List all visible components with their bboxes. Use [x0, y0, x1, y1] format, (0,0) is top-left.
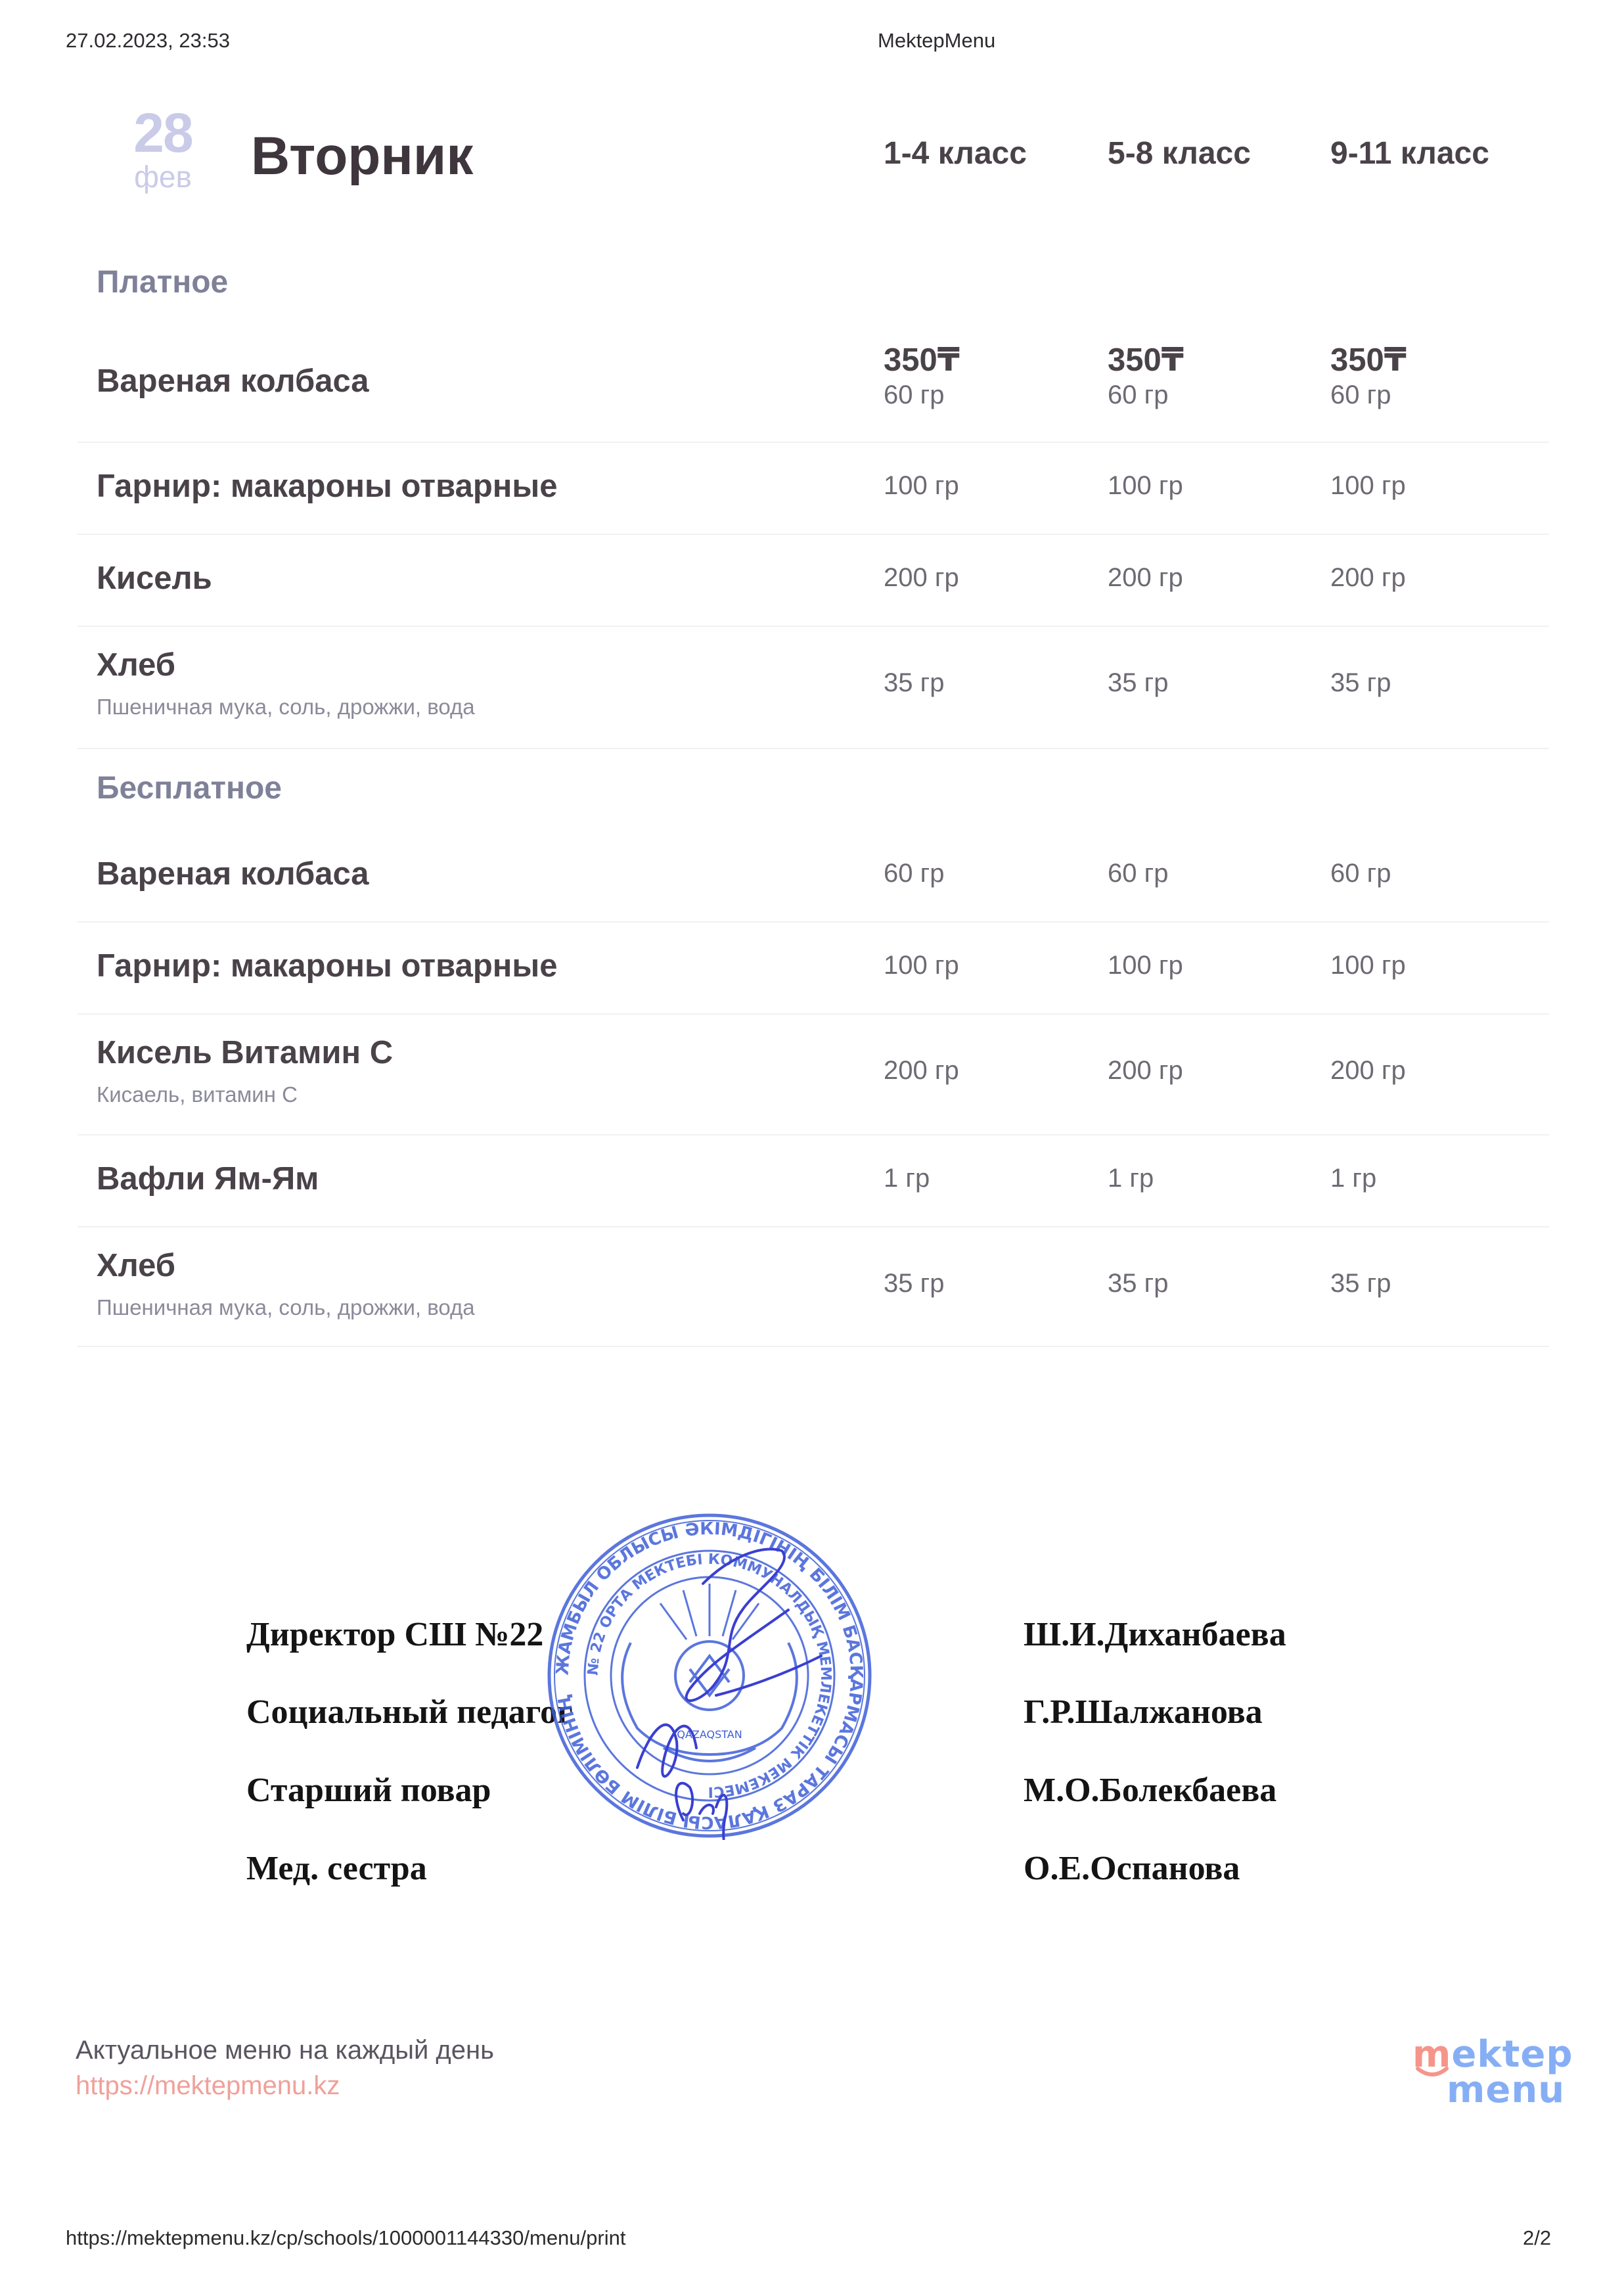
portion-weight: 200 гр — [884, 1054, 959, 1087]
dish-name: Хлеб — [97, 1246, 475, 1285]
portion-weight: 200 гр — [1330, 1054, 1406, 1087]
portion-weight: 1 гр — [1108, 1162, 1154, 1195]
portion-cell: 35 гр — [884, 1267, 944, 1300]
date-month: фев — [124, 162, 202, 192]
portion-weight: 60 гр — [1330, 378, 1407, 411]
official-stamp-icon: ЖАМБЫЛ ОБЛЫСЫ ӘКІМДІГІНІҢ БІЛІМ БАСҚАРМА… — [545, 1511, 874, 1840]
portion-cell: 200 гр — [1330, 1054, 1406, 1087]
price: 350₸ — [1108, 342, 1184, 378]
portion-weight: 35 гр — [1330, 1267, 1391, 1300]
signature-role: Старший повар — [246, 1771, 491, 1810]
menu-row: ХлебПшеничная мука, соль, дрожжи, вода35… — [78, 626, 1549, 749]
signature-name: Ш.И.Диханбаева — [1024, 1615, 1286, 1654]
portion-weight: 1 гр — [1330, 1162, 1376, 1195]
print-url: https://mektepmenu.kz/cp/schools/1000001… — [66, 2226, 625, 2250]
portion-weight: 35 гр — [1108, 666, 1168, 699]
portion-weight: 200 гр — [1330, 561, 1406, 594]
column-header-grades-9-11: 9-11 класс — [1330, 135, 1489, 172]
dish-name: Хлеб — [97, 645, 475, 685]
portion-weight: 60 гр — [1108, 857, 1168, 890]
portion-cell: 200 гр — [1108, 1054, 1183, 1087]
portion-cell: 100 гр — [884, 949, 959, 982]
portion-weight: 60 гр — [1330, 857, 1391, 890]
portion-cell: 100 гр — [884, 469, 959, 502]
dish-name: Вареная колбаса — [97, 361, 369, 401]
dish-name: Вареная колбаса — [97, 854, 369, 894]
print-datetime: 27.02.2023, 23:53 — [66, 29, 230, 53]
menu-row: Вареная колбаса60 гр60 гр60 гр — [78, 829, 1549, 923]
dish: Гарнир: макароны отварные — [97, 467, 558, 506]
portion-cell: 35 гр — [1330, 1267, 1391, 1300]
section-title: Платное — [97, 264, 228, 300]
portion-weight: 200 гр — [1108, 561, 1183, 594]
portion-cell: 35 гр — [884, 666, 944, 699]
portion-cell: 1 гр — [1330, 1162, 1376, 1195]
portion-cell: 200 гр — [884, 561, 959, 594]
menu-row: Гарнир: макароны отварные100 гр100 гр100… — [78, 442, 1549, 535]
portion-weight: 60 гр — [884, 378, 960, 411]
portion-weight: 100 гр — [884, 469, 959, 502]
price: 350₸ — [884, 342, 960, 378]
dish-name: Вафли Ям-Ям — [97, 1159, 319, 1199]
portion-cell: 35 гр — [1330, 666, 1391, 699]
portion-cell: 60 гр — [1108, 857, 1168, 890]
footer-tagline: Актуальное меню на каждый день — [76, 2036, 494, 2065]
signature-name: Г.Р.Шалжанова — [1024, 1693, 1263, 1731]
portion-weight: 100 гр — [1330, 949, 1406, 982]
date-badge: 28 фев — [124, 105, 202, 192]
signature-role: Директор СШ №22 — [246, 1615, 543, 1654]
column-header-grades-5-8: 5-8 класс — [1108, 135, 1251, 172]
menu-row: Вафли Ям-Ям1 гр1 гр1 гр — [78, 1134, 1549, 1227]
print-title: MektepMenu — [878, 29, 995, 53]
smile-icon — [1414, 2066, 1451, 2079]
section-title: Бесплатное — [97, 770, 282, 806]
portion-weight: 100 гр — [1108, 949, 1183, 982]
menu-row: ХлебПшеничная мука, соль, дрожжи, вода35… — [78, 1226, 1549, 1347]
portion-cell: 200 гр — [1330, 561, 1406, 594]
weekday-title: Вторник — [251, 124, 473, 189]
portion-cell: 350₸60 гр — [884, 342, 960, 411]
portion-weight: 1 гр — [884, 1162, 930, 1195]
dish: ХлебПшеничная мука, соль, дрожжи, вода — [97, 645, 475, 722]
menu-row: Гарнир: макароны отварные100 гр100 гр100… — [78, 921, 1549, 1015]
dish: Вафли Ям-Ям — [97, 1159, 319, 1199]
portion-cell: 100 гр — [1108, 949, 1183, 982]
portion-weight: 200 гр — [1108, 1054, 1183, 1087]
signature-name: О.Е.Оспанова — [1024, 1849, 1240, 1888]
portion-weight: 60 гр — [884, 857, 944, 890]
dish: Кисель — [97, 559, 212, 598]
stamp-center-text: QAZAQSTAN — [677, 1728, 742, 1741]
signature-role: Мед. сестра — [246, 1849, 427, 1888]
portion-cell: 100 гр — [1330, 949, 1406, 982]
dish-name: Кисель Витамин С — [97, 1033, 393, 1072]
portion-weight: 100 гр — [884, 949, 959, 982]
dish-name: Гарнир: макароны отварные — [97, 946, 558, 986]
portion-cell: 1 гр — [884, 1162, 930, 1195]
portion-cell: 350₸60 гр — [1330, 342, 1407, 411]
portion-cell: 100 гр — [1330, 469, 1406, 502]
portion-cell: 100 гр — [1108, 469, 1183, 502]
dish: Вареная колбаса — [97, 361, 369, 401]
portion-weight: 60 гр — [1108, 378, 1184, 411]
portion-cell: 1 гр — [1108, 1162, 1154, 1195]
dish-name: Кисель — [97, 559, 212, 598]
logo-line2: menu — [1447, 2069, 1565, 2111]
portion-cell: 35 гр — [1108, 666, 1168, 699]
portion-cell: 35 гр — [1108, 1267, 1168, 1300]
dish-name: Гарнир: макароны отварные — [97, 467, 558, 506]
dish: ХлебПшеничная мука, соль, дрожжи, вода — [97, 1246, 475, 1322]
portion-weight: 100 гр — [1330, 469, 1406, 502]
dish-description: Кисаель, витамин С — [97, 1080, 393, 1109]
portion-cell: 200 гр — [884, 1054, 959, 1087]
menu-row: Кисель200 гр200 гр200 гр — [78, 534, 1549, 627]
date-number: 28 — [124, 105, 202, 160]
dish-description: Пшеничная мука, соль, дрожжи, вода — [97, 1293, 475, 1322]
menu-row: Кисель Витамин СКисаель, витамин С200 гр… — [78, 1013, 1549, 1135]
signature-role: Социальный педагог — [246, 1693, 573, 1731]
dish: Кисель Витамин СКисаель, витамин С — [97, 1033, 393, 1109]
print-page-number: 2/2 — [1523, 2226, 1551, 2250]
portion-cell: 60 гр — [884, 857, 944, 890]
portion-weight: 35 гр — [884, 1267, 944, 1300]
dish: Вареная колбаса — [97, 854, 369, 894]
dish: Гарнир: макароны отварные — [97, 946, 558, 986]
mektepmenu-logo: mektep menu — [1412, 2037, 1557, 2116]
portion-cell: 200 гр — [1108, 561, 1183, 594]
portion-weight: 35 гр — [884, 666, 944, 699]
portion-weight: 100 гр — [1108, 469, 1183, 502]
portion-cell: 60 гр — [1330, 857, 1391, 890]
signature-name: М.О.Болекбаева — [1024, 1771, 1276, 1810]
portion-cell: 350₸60 гр — [1108, 342, 1184, 411]
dish-description: Пшеничная мука, соль, дрожжи, вода — [97, 693, 475, 722]
site-link[interactable]: https://mektepmenu.kz — [76, 2071, 340, 2101]
portion-weight: 35 гр — [1330, 666, 1391, 699]
menu-row: Вареная колбаса350₸60 гр350₸60 гр350₸60 … — [78, 342, 1549, 443]
column-header-grades-1-4: 1-4 класс — [884, 135, 1027, 172]
portion-weight: 35 гр — [1108, 1267, 1168, 1300]
price: 350₸ — [1330, 342, 1407, 378]
portion-weight: 200 гр — [884, 561, 959, 594]
